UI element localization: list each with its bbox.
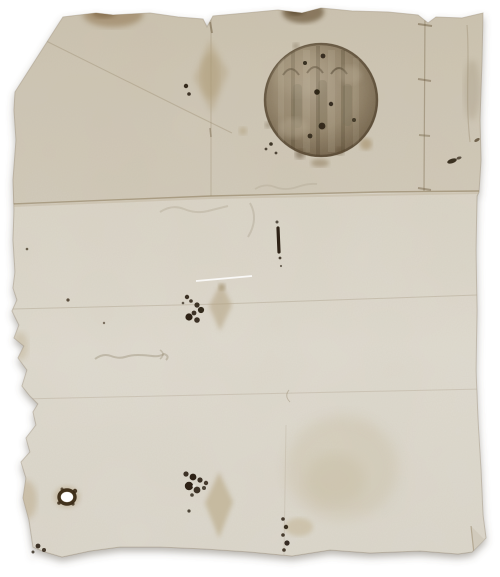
tide-stain-mid-rim [219,284,226,291]
seal-speck-7 [352,118,356,122]
ink-specks-bottom-1 [281,517,285,521]
ink-cluster-a-3 [194,302,199,307]
photo-stage [0,0,500,577]
hole-white [61,492,73,502]
ink-specks-nearseal-1 [269,142,273,146]
ink-dot-below-b [187,509,190,512]
seal-speck-5 [319,123,326,130]
document-photo [0,0,500,577]
seal-speck-6 [308,134,313,139]
ink-cluster-b-8 [190,493,194,497]
ink-specks-flap-1 [184,84,188,88]
ink-streak-dot-1 [279,257,282,260]
ink-specks-left-2 [42,548,46,552]
stain-flap-dot [239,127,247,135]
stain-left-edge-lower [13,480,37,520]
hole-blob-2 [57,501,61,505]
ink-cluster-b-gap [192,484,195,487]
ink-specks-flap-2 [187,92,191,96]
ink-specks-left-3 [32,551,35,554]
ink-specks-bottom-5 [282,548,286,552]
seal-speck-1 [303,61,307,65]
seal-light-patch-2 [338,66,362,84]
stain-bottom-small [285,518,313,536]
ink-streak-dot-3 [276,221,279,224]
seal-rim-blob-4 [293,43,299,49]
ink-specks-bottom-2 [284,525,288,529]
tide-stain-flap-core [201,53,219,99]
seal-rim-blob-2 [336,147,344,155]
seal-light-patch-1 [279,118,307,138]
ink-cluster-b-2 [190,474,197,481]
ink-cluster-b-7 [202,486,206,490]
ink-cluster-b-4 [204,481,208,485]
ink-specks-left-1 [36,544,41,549]
hole-blob-3 [61,488,64,491]
ink-cluster-a-1 [185,295,189,299]
stain-seal-foot [311,159,329,167]
stain-top-left-core [91,4,117,18]
seal-rim-blob-1 [295,149,305,159]
ink-specks-nearseal-3 [275,152,278,155]
seal-speck-2 [321,54,326,59]
ink-streak-dot-2 [280,265,282,267]
fold-vertical-flap-left-dash2 [210,128,211,137]
ink-cluster-b-1 [183,471,188,476]
ink-cluster-a-4 [198,307,204,313]
paper-group [0,0,500,577]
ink-cluster-a-6 [185,313,192,320]
stain-top-center-core [287,3,305,15]
ink-cluster-a-5 [192,311,197,316]
stain-top-left-edge [83,1,143,27]
ink-dot-left-1 [66,298,69,301]
ink-cluster-a-8 [182,302,185,305]
stain-right-edge-smudge [464,60,480,120]
ink-specks-bottom-3 [281,533,285,537]
ink-specks-nearseal-2 [265,148,268,151]
fold-cross-tick-3 [419,135,430,136]
ink-dot-left-3 [103,322,105,324]
ink-cluster-b-3 [197,477,202,482]
seal-rim-blob-3 [265,122,271,128]
ink-dot-left-2 [26,248,29,251]
top-flap [13,8,483,204]
seal-speck-4 [329,102,333,106]
ink-cluster-a-2 [189,299,193,303]
ink-specks-bottom-4 [284,540,289,545]
ink-cluster-b-6 [194,487,201,494]
ink-streak-vertical [278,228,279,252]
ink-cluster-a-7 [194,317,200,323]
seal-speck-3 [314,89,320,95]
ink-cluster-b-5 [185,482,193,490]
seal-figure-3 [343,84,352,126]
stain-bottom-round-core [305,454,365,506]
hole-blob-1 [73,489,77,493]
hole-blob-4 [71,502,74,505]
